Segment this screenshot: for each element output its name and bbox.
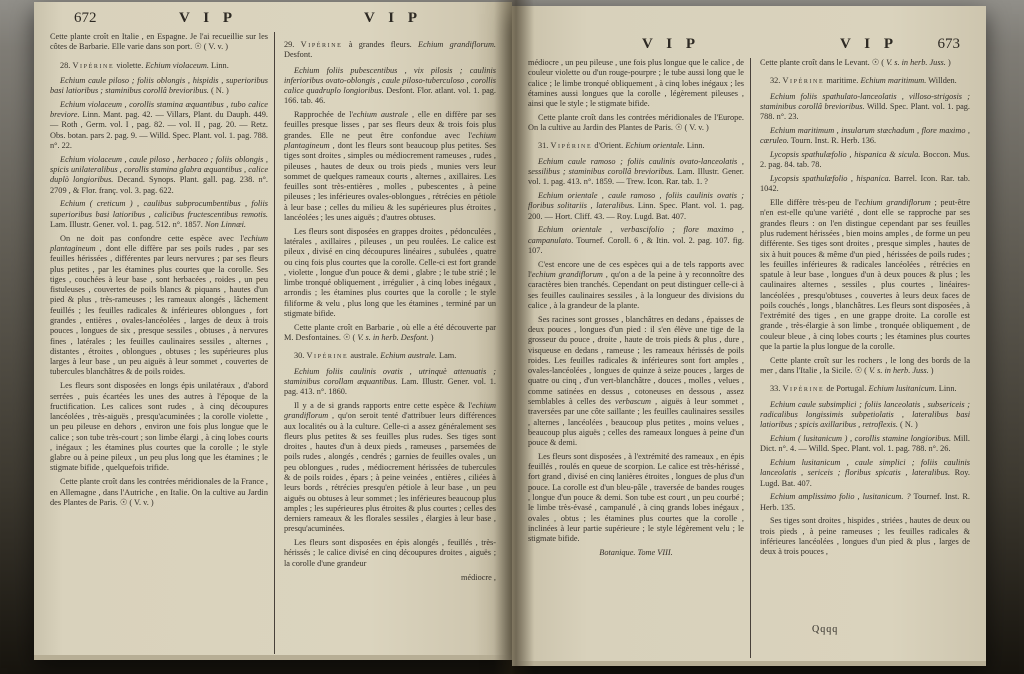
paragraph: Cette plante croît sur les rochers , le … [760,356,970,377]
right-page-columns: médiocre , un peu pileuse , une fois plu… [524,58,976,658]
paragraph: Echium maritimum , insularum stæchadum ,… [760,126,970,147]
text-column: 29. Vipérine à grandes fleurs. Echium gr… [274,32,502,654]
running-title: V I P [840,36,898,53]
paragraph: Echium ( creticum ) , caulibus subprocum… [50,199,268,230]
paragraph: Cette plante croît dans les contrées mér… [50,477,268,508]
paragraph: C'est encore une de ces espèces qui a de… [528,260,744,311]
paragraph: Echium orientale , caule ramoso , foliis… [528,191,744,222]
paragraph: Ses racines sont grosses , blanchâtres e… [528,315,744,449]
paragraph: Les fleurs sont disposées en épis alongé… [284,538,496,569]
species-entry-heading: 29. Vipérine à grandes fleurs. Echium gr… [284,40,496,61]
paragraph: Rapprochée de l'echium australe , elle e… [284,110,496,223]
paragraph: Lycopsis spathulæfolio , hispanica. Barr… [760,174,970,195]
paragraph: Les fleurs sont disposées en grappes dro… [284,227,496,320]
left-page: 672 V I P V I P Cette plante croît en It… [34,2,512,660]
paragraph: Les fleurs sont disposées , à l'extrémit… [528,452,744,545]
paragraph: Echium ( lusitanicum ) , corollis stamin… [760,434,970,455]
paragraph: Echium orientale , verbascifolio ; flore… [528,225,744,256]
left-page-columns: Cette plante croît en Italie , en Espagn… [46,32,502,654]
paragraph: médiocre , [284,573,496,583]
paragraph: Cette plante croît dans les contrées mér… [528,113,744,134]
paragraph: On ne doit pas confondre cette espèce av… [50,234,268,378]
paragraph: Echium caule piloso ; foliis oblongis , … [50,76,268,97]
species-entry-heading: 33. Vipérine de Portugal. Echium lusitan… [760,384,970,394]
page-number: 673 [938,36,961,53]
paragraph: Cette plante croît en Italie , en Espagn… [50,32,268,53]
running-title: V I P [179,10,237,27]
paragraph: Lycopsis spathulæfolio , hispanica & sic… [760,150,970,171]
paragraph: Echium foliis caulinis ovatis , utrinquè… [284,367,496,398]
text-column: médiocre , un peu pileuse , une fois plu… [524,58,750,658]
page-number: 672 [74,10,97,27]
species-entry-heading: 31. Vipérine d'Orient. Echium orientale.… [528,141,744,151]
paragraph: Il y a de si grands rapports entre cette… [284,401,496,535]
paragraph: Echium violaceum , corollis stamina æqua… [50,100,268,151]
text-column: Cette plante croît en Italie , en Espagn… [46,32,274,654]
running-title: V I P [364,10,422,27]
paragraph: Echium caule subsimplici ; foliis lanceo… [760,400,970,431]
paragraph: Cette plante croît dans le Levant. ☉ ( V… [760,58,970,68]
paragraph: Botanique. Tome VIII. [528,548,744,558]
book-spread-photo: 672 V I P V I P Cette plante croît en It… [0,0,1024,674]
running-title: V I P [642,36,700,53]
paragraph: Echium violaceum , caule piloso , herbac… [50,155,268,196]
paragraph: Elle diffère très-peu de l'echium grandi… [760,198,970,352]
species-entry-heading: 32. Vipérine maritime. Echium maritimum.… [760,76,970,86]
paragraph: Echium lusitanicum , caule simplici ; fo… [760,458,970,489]
paragraph: Cette plante croît en Barbarie , où elle… [284,323,496,344]
species-entry-heading: 30. Vipérine australe. Echium australe. … [284,351,496,361]
right-page: V I P V I P 673 médiocre , un peu pileus… [512,6,986,666]
text-column: Cette plante croît dans le Levant. ☉ ( V… [750,58,976,658]
paragraph: médiocre , un peu pileuse , une fois plu… [528,58,744,109]
paragraph: Echium caule ramoso ; foliis caulinis ov… [528,157,744,188]
signature-mark: Qqqq [812,624,838,635]
paragraph: Ses tiges sont droites , hispides , stri… [760,516,970,557]
paragraph: Echium foliis spathulato-lanceolatis , v… [760,92,970,123]
species-entry-heading: 28. Vipérine violette. Echium violaceum.… [50,61,268,71]
paragraph: Les fleurs sont disposées en longs épis … [50,381,268,474]
paragraph: Echium amplissimo folio , lusitanicum. ?… [760,492,970,513]
paragraph: Echium foliis pubescentibus , vix pilosi… [284,66,496,107]
